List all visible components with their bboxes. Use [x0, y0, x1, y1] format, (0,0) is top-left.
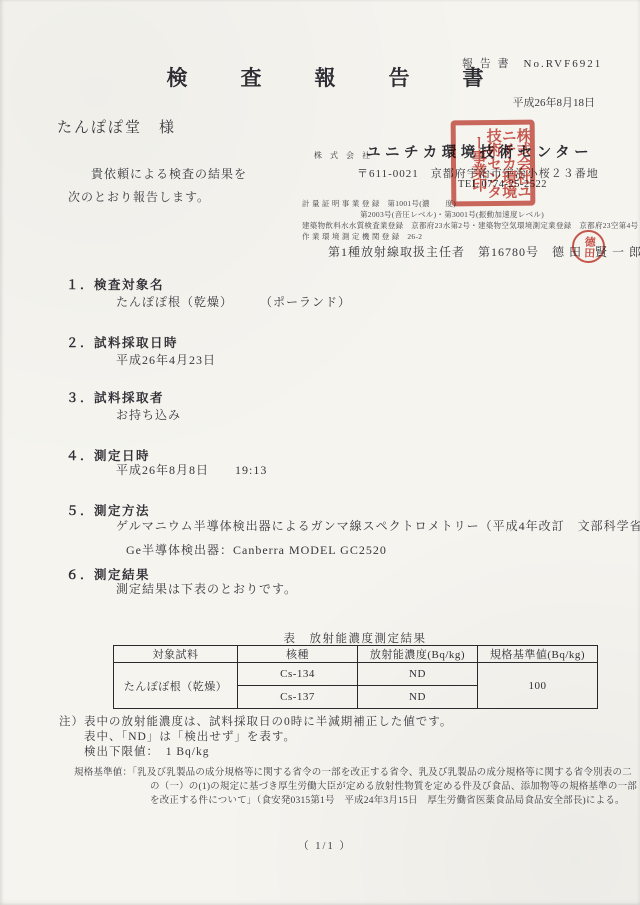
note-line-2: 表中、「ND」は「検出せず」を表す。 [84, 728, 296, 744]
section-4-content: 平成26年8月8日 19:13 [116, 461, 267, 478]
standard-reference-paragraph: 規格基準値：「乳及び乳製品の成分規格等に関する省令の一部を改正する省令、乳及び乳… [74, 767, 638, 808]
section-5-content-1: ゲルマニウム半導体検出器によるガンマ線スペクトロメトリー（平成4年改訂 文部科学… [116, 517, 640, 534]
section-2-heading: ２．試料採取日時 [66, 333, 178, 351]
section-3-heading: ３．試料採取者 [66, 388, 164, 406]
standard-label: 規格基準値： [74, 768, 132, 778]
header-sample: 対象試料 [114, 646, 238, 663]
intro-line-1: 貴依頼による検査の結果を [91, 165, 247, 182]
registration-line: 第2003号(音圧レベル)・第3001号(振動加速度レベル) [360, 209, 544, 220]
cell-nuclide: Cs-134 [238, 663, 358, 686]
header-standard: 規格基準値(Bq/kg) [478, 646, 598, 663]
note-line-1: 注）表中の放射能濃度は、試料採取日の0時に半減期補正した値です。 [59, 713, 452, 729]
registration-line: 作 業 環 境 測 定 機 関 登 録 26-2 [302, 231, 422, 242]
cell-value: ND [358, 686, 478, 709]
addressee: たんぽぽ堂 様 [57, 116, 176, 137]
section-3-content: お持ち込み [116, 406, 181, 423]
scanned-report-page: 報 告 書 No.RVF6921 検 査 報 告 書 平成26年8月18日 たん… [0, 0, 640, 905]
note-line-3: 検出下限値： 1 Bq/kg [84, 743, 210, 759]
table-header-row: 対象試料 核種 放射能濃度(Bq/kg) 規格基準値(Bq/kg) [114, 646, 598, 663]
company-prefix: 株 式 会 社 [314, 150, 373, 161]
section-2-content: 平成26年4月23日 [116, 351, 216, 368]
cell-standard-value: 100 [478, 663, 598, 709]
header-nuclide: 核種 [238, 646, 358, 663]
report-date: 平成26年8月18日 [495, 94, 595, 110]
section-1-heading: １．検査対象名 [66, 275, 164, 293]
cell-nuclide: Cs-137 [238, 686, 358, 709]
section-6-content: 測定結果は下表のとおりです。 [116, 580, 297, 597]
cell-sample-name: たんぽぽ根（乾燥） [114, 663, 238, 709]
registration-line: 計 量 証 明 事 業 登 録 第1001号(濃 度) [302, 198, 456, 209]
results-table-title: 表 放射能濃度測定結果 [113, 630, 597, 646]
intro-line-2: 次のとおり報告します。 [68, 188, 210, 205]
results-table: 対象試料 核種 放射能濃度(Bq/kg) 規格基準値(Bq/kg) たんぽぽ根（… [113, 645, 598, 709]
standard-text: 「乳及び乳製品の成分規格等に関する省令の一部を改正する省令、乳及び乳製品の成分規… [132, 768, 637, 806]
section-5-content-2: Ge半導体検出器：Canberra MODEL GC2520 [126, 541, 387, 558]
page-number: （ 1/1 ） [0, 838, 640, 853]
section-1-content: たんぽぽ根（乾燥） （ポーランド） [116, 293, 351, 310]
cell-value: ND [358, 663, 478, 686]
company-seal-stamp: 株式会社ユニチカ環境技術センター事業印 [451, 120, 536, 207]
table-row: たんぽぽ根（乾燥） Cs-134 ND 100 [114, 663, 598, 686]
header-concentration: 放射能濃度(Bq/kg) [358, 646, 478, 663]
page-title: 検 査 報 告 書 [0, 62, 640, 92]
